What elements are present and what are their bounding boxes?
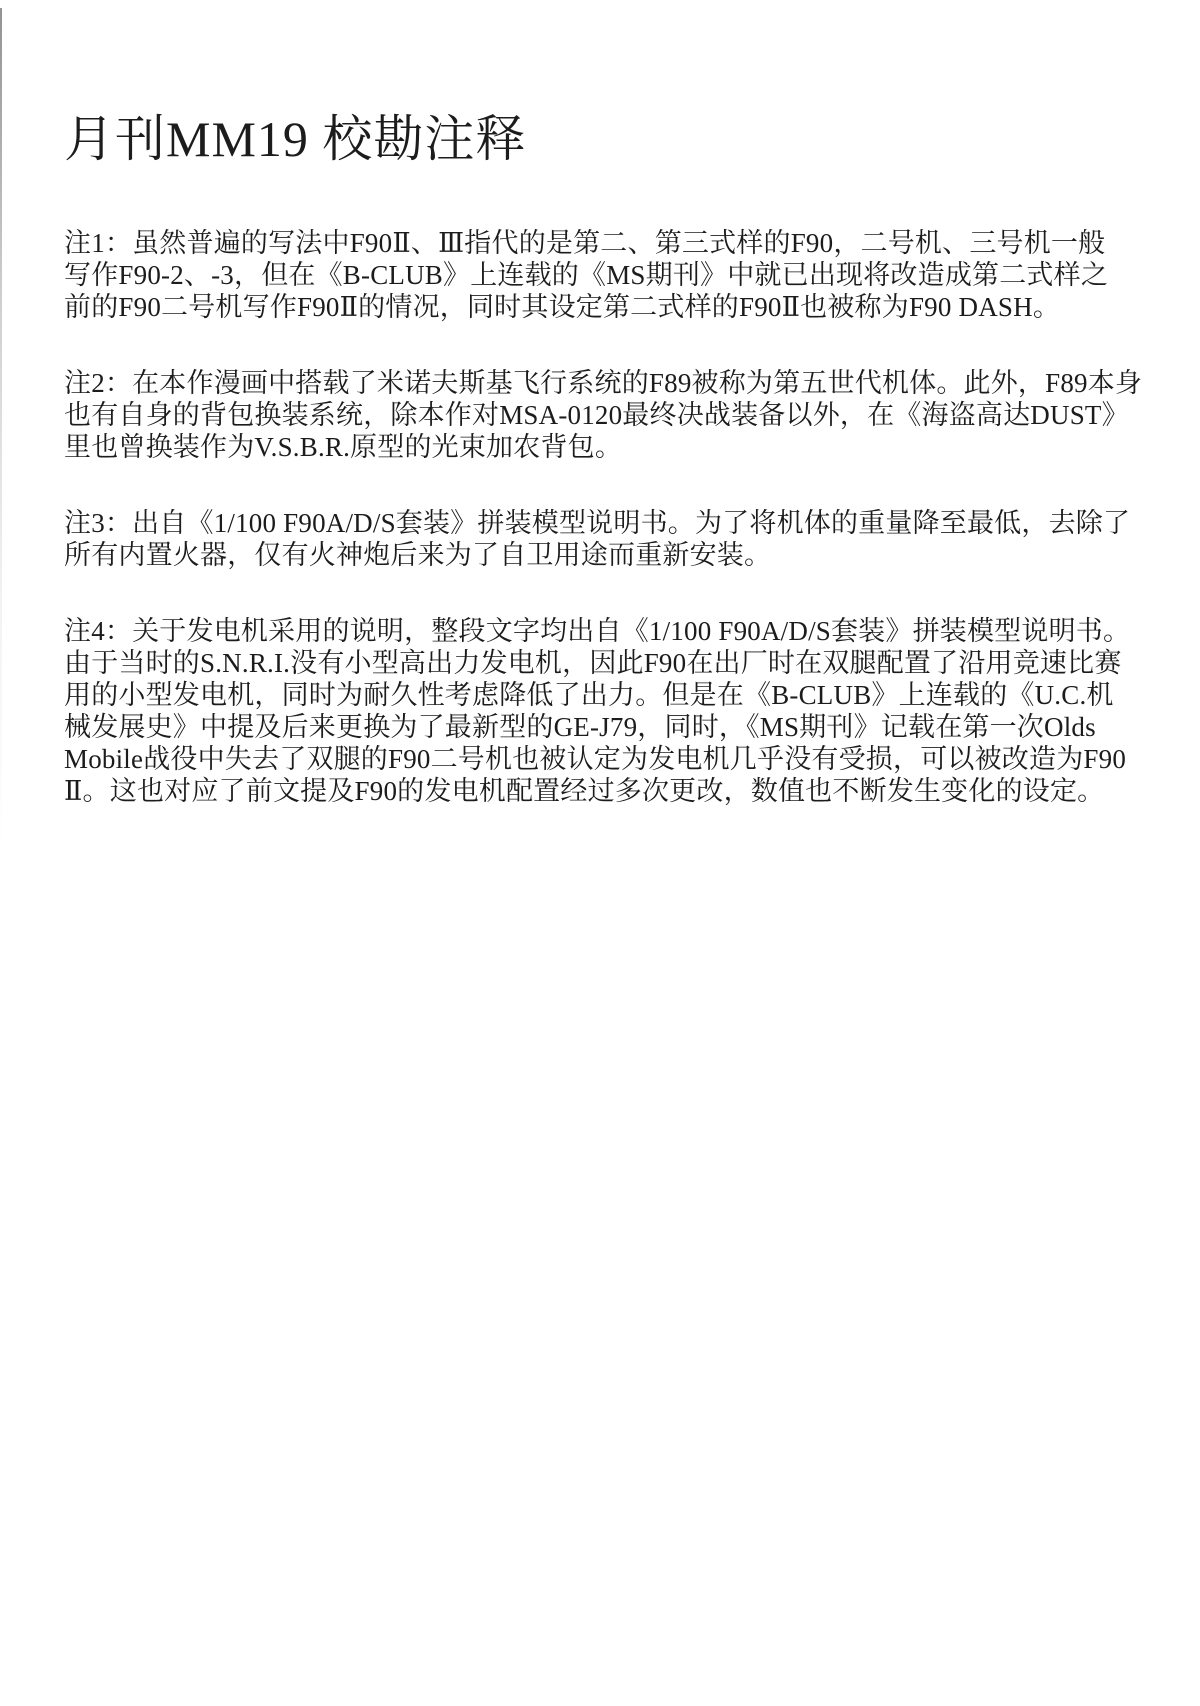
note-paragraph-3: 注3：出自《1/100 F90A/D/S套装》拼装模型说明书。为了将机体的重量降… [64, 507, 1156, 571]
document-page: 月刊MM19 校勘注释 注1：虽然普遍的写法中F90Ⅱ、Ⅲ指代的是第二、第三式样… [0, 0, 1200, 1706]
note-paragraph-2: 注2：在本作漫画中搭载了米诺夫斯基飞行系统的F89被称为第五世代机体。此外，F8… [64, 367, 1156, 463]
scan-edge-artifact [0, 8, 2, 848]
note-paragraph-1: 注1：虽然普遍的写法中F90Ⅱ、Ⅲ指代的是第二、第三式样的F90，二号机、三号机… [64, 227, 1156, 323]
note-paragraph-4: 注4：关于发电机采用的说明，整段文字均出自《1/100 F90A/D/S套装》拼… [64, 615, 1156, 807]
notes-section: 注1：虽然普遍的写法中F90Ⅱ、Ⅲ指代的是第二、第三式样的F90，二号机、三号机… [64, 227, 1156, 851]
page-title: 月刊MM19 校勘注释 [64, 108, 526, 170]
